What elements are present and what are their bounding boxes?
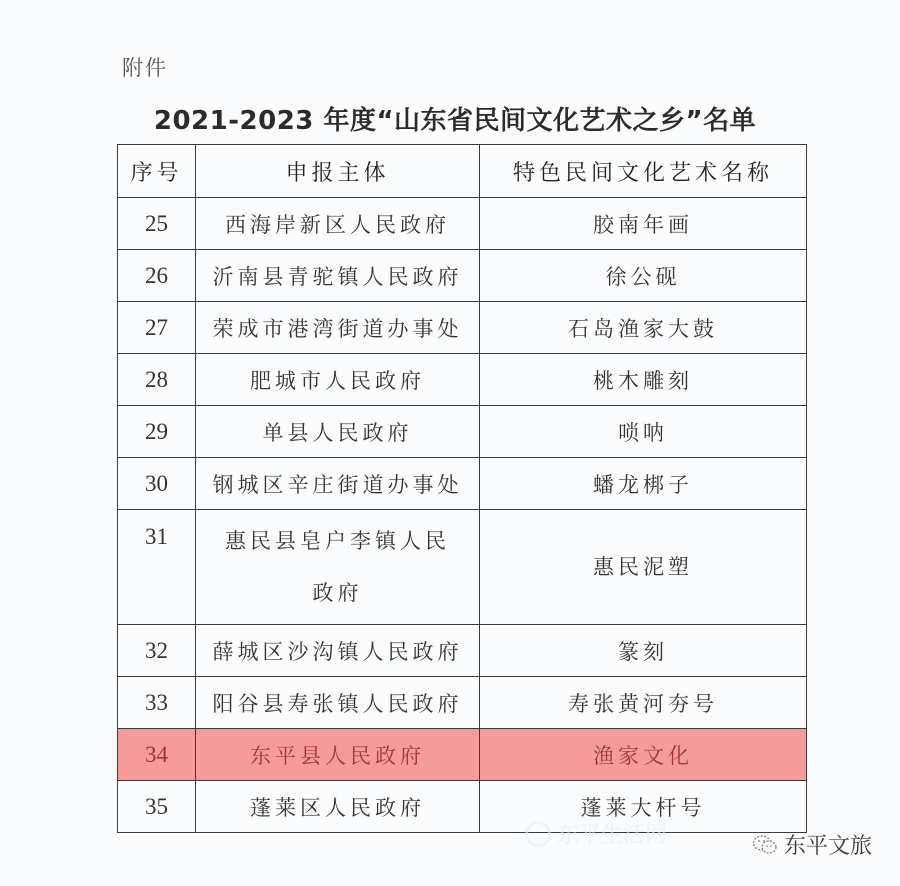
row-art-name: 桃木雕刻 — [480, 354, 807, 406]
row-applicant: 薛城区沙沟镇人民政府 — [196, 625, 480, 677]
table-row: 27 荣成市港湾街道办事处 石岛渔家大鼓 — [118, 302, 807, 354]
watermark-right-text: 东平文旅 — [784, 829, 872, 860]
row-art-name: 石岛渔家大鼓 — [480, 302, 807, 354]
wechat-icon — [752, 834, 778, 856]
header-serial-number: 序号 — [118, 145, 196, 198]
row-number: 32 — [118, 625, 196, 677]
row-number: 35 — [118, 781, 196, 833]
row-number: 33 — [118, 677, 196, 729]
table-row: 32 薛城区沙沟镇人民政府 篆刻 — [118, 625, 807, 677]
watermark-logo-icon — [525, 821, 551, 847]
row-applicant: 肥城市人民政府 — [196, 354, 480, 406]
header-art-name: 特色民间文化艺术名称 — [480, 145, 807, 198]
row-applicant: 惠民县皂户李镇人民政府 — [196, 510, 480, 625]
row-art-name: 唢呐 — [480, 406, 807, 458]
table-row: 31 惠民县皂户李镇人民政府 惠民泥塑 — [118, 510, 807, 625]
row-art-name: 徐公砚 — [480, 250, 807, 302]
row-art-name: 篆刻 — [480, 625, 807, 677]
table-row: 29 单县人民政府 唢呐 — [118, 406, 807, 458]
row-art-name: 胶南年画 — [480, 198, 807, 250]
table-row: 25 西海岸新区人民政府 胶南年画 — [118, 198, 807, 250]
row-applicant: 单县人民政府 — [196, 406, 480, 458]
table-row: 33 阳谷县寿张镇人民政府 寿张黄河夯号 — [118, 677, 807, 729]
row-applicant: 阳谷县寿张镇人民政府 — [196, 677, 480, 729]
row-art-name: 惠民泥塑 — [480, 510, 807, 625]
row-applicant: 东平县人民政府 — [196, 729, 480, 781]
table-row: 30 钢城区辛庄街道办事处 蟠龙梆子 — [118, 458, 807, 510]
table-row: 35 蓬莱区人民政府 蓬莱大杆号 — [118, 781, 807, 833]
row-art-name: 蟠龙梆子 — [480, 458, 807, 510]
table-row: 28 肥城市人民政府 桃木雕刻 — [118, 354, 807, 406]
row-applicant: 蓬莱区人民政府 — [196, 781, 480, 833]
row-number: 25 — [118, 198, 196, 250]
row-number: 30 — [118, 458, 196, 510]
row-applicant: 西海岸新区人民政府 — [196, 198, 480, 250]
row-number: 31 — [118, 510, 196, 625]
watermark-center-text: 东平生活网 — [557, 818, 667, 849]
header-applicant: 申报主体 — [196, 145, 480, 198]
row-applicant: 沂南县青驼镇人民政府 — [196, 250, 480, 302]
watermark-center: 东平生活网 — [525, 818, 667, 849]
table-header-row: 序号 申报主体 特色民间文化艺术名称 — [118, 145, 807, 198]
table-row: 26 沂南县青驼镇人民政府 徐公砚 — [118, 250, 807, 302]
row-number: 26 — [118, 250, 196, 302]
row-art-name: 渔家文化 — [480, 729, 807, 781]
heritage-list-table: 序号 申报主体 特色民间文化艺术名称 25 西海岸新区人民政府 胶南年画 26 … — [117, 144, 807, 833]
row-number: 29 — [118, 406, 196, 458]
row-applicant-text: 惠民县皂户李镇人民政府 — [196, 515, 479, 619]
document-title: 2021-2023 年度“山东省民间文化艺术之乡”名单 — [0, 100, 900, 137]
row-number: 27 — [118, 302, 196, 354]
row-applicant: 钢城区辛庄街道办事处 — [196, 458, 480, 510]
row-art-name: 寿张黄河夯号 — [480, 677, 807, 729]
watermark-right: 东平文旅 — [752, 829, 872, 860]
row-applicant: 荣成市港湾街道办事处 — [196, 302, 480, 354]
row-number: 34 — [118, 729, 196, 781]
attachment-label: 附件 — [122, 52, 168, 82]
row-number: 28 — [118, 354, 196, 406]
table-row-highlighted: 34 东平县人民政府 渔家文化 — [118, 729, 807, 781]
